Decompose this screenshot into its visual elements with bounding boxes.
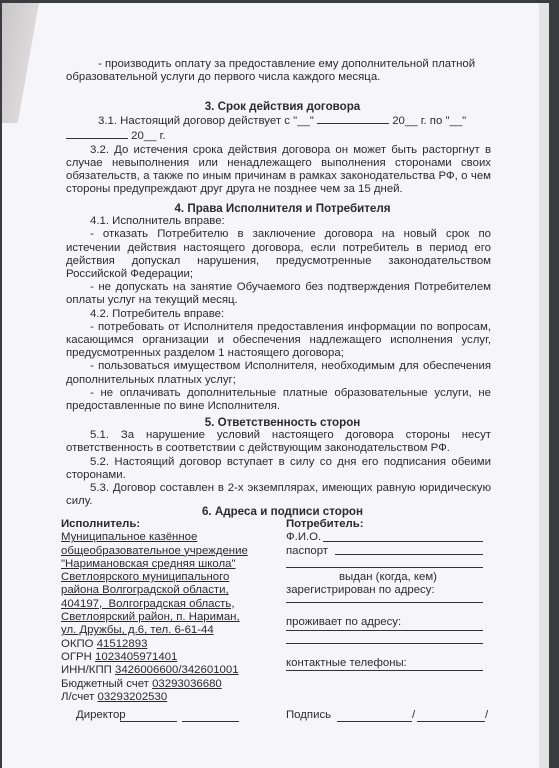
fio-field[interactable]	[323, 541, 483, 542]
registered-label: зарегистрирован по адресу:	[286, 584, 486, 597]
executor-heading: Исполнитель:	[61, 518, 261, 531]
executor-address-line: "Наримановская средняя школа"	[61, 558, 261, 571]
date-blank	[66, 128, 128, 139]
executor-address-line: общеобразовательное учреждение	[61, 545, 261, 558]
inn-row: ИНН/КПП 3426006600/342601001	[61, 664, 261, 677]
section-title: 3. Срок действия договора	[74, 100, 491, 113]
clause-3-1-cont: 20__ г.	[66, 128, 491, 143]
phones-label: контактные телефоны:	[286, 657, 486, 670]
executor-block: Исполнитель: Муниципальное казённое обще…	[61, 518, 261, 704]
ogrn-row: ОГРН 1023405971401	[61, 651, 261, 664]
clause-4-1: 4.1. Исполнитель вправе:	[66, 215, 491, 228]
okpo-label: ОКПО	[61, 638, 94, 650]
passport-field[interactable]	[335, 554, 483, 555]
executor-address-line: Муниципальное казённое	[61, 531, 261, 544]
clause-5-1: 5.1. За нарушение условий настоящего дог…	[66, 429, 491, 455]
section-title: 6. Адреса и подписи сторон	[74, 505, 491, 518]
passport-field-cont[interactable]	[286, 567, 483, 568]
executor-address-line: 404197, Волгоградская область,	[61, 598, 261, 611]
lives-label: проживает по адресу:	[286, 616, 486, 629]
consumer-signature-line[interactable]	[337, 721, 412, 722]
budget-account-label: Бюджетный счет	[61, 678, 149, 690]
date-blank	[317, 113, 389, 124]
executor-address-line: района Волгоградской области,	[61, 584, 261, 597]
clause-5-2: 5.2. Настоящий договор вступает в силу с…	[66, 456, 491, 482]
personal-account-row: Л/счет 03293202530	[61, 691, 261, 704]
lives-address-field-cont[interactable]	[286, 643, 483, 644]
okpo-value: 41512893	[97, 638, 148, 650]
folded-corner	[2, 3, 62, 123]
okpo-row: ОКПО 41512893	[61, 638, 261, 651]
section-title: 5. Ответственность сторон	[74, 416, 491, 429]
signature-label: Подпись	[286, 709, 331, 721]
registered-address-field[interactable]	[286, 602, 483, 603]
clause-4-2: 4.2. Потребитель вправе:	[66, 308, 491, 321]
budget-account-row: Бюджетный счет 03293036680	[61, 678, 261, 691]
director-label: Директор	[76, 709, 126, 721]
budget-account-value: 03293036680	[152, 678, 222, 690]
clause-4-1-a: - отказать Потребителю в заключение дого…	[66, 228, 491, 281]
lives-address-field[interactable]	[286, 630, 483, 631]
consumer-heading: Потребитель:	[286, 518, 486, 531]
passport-label: паспорт	[286, 545, 486, 558]
scanned-page: - производить оплату за предоставление е…	[2, 3, 549, 768]
signature-separator: /	[485, 709, 488, 722]
clause-text: 20__ г. по "__"	[392, 115, 466, 127]
personal-account-label: Л/счет	[61, 691, 94, 703]
clause-text: - производить оплату за предоставление е…	[74, 58, 491, 71]
clause-text: 3.1. Настоящий договор действует с "__"	[98, 115, 314, 127]
director-name-line[interactable]	[182, 721, 239, 722]
issued-label: выдан (когда, кем)	[286, 571, 486, 584]
clause-4-2-a: - потребовать от Исполнителя предоставле…	[66, 321, 491, 361]
inn-label: ИНН/КПП	[61, 664, 112, 676]
personal-account-value: 03293202530	[98, 691, 168, 703]
consumer-name-line[interactable]	[417, 721, 485, 722]
ogrn-label: ОГРН	[61, 651, 92, 663]
executor-address-line: ул. Дружбы, д.6, тел. 6-61-44	[61, 624, 261, 637]
clause-text: 20__ г.	[131, 130, 165, 142]
clause-4-2-c: - не оплачивать дополнительные платные о…	[66, 387, 491, 413]
clause-4-1-b: - не допускать на занятие Обучаемого без…	[66, 281, 491, 307]
director-signature-line[interactable]	[120, 721, 177, 722]
clause-text: образовательной услуги до первого числа …	[66, 71, 491, 84]
scan-edge	[539, 3, 549, 768]
inn-value: 3426006600/342601001	[115, 664, 239, 676]
consumer-signature-row: Подпись	[286, 709, 331, 722]
fio-label: Ф.И.О.	[286, 531, 486, 544]
executor-address-line: Светлоярский район, п. Нариман,	[61, 611, 261, 624]
phones-field[interactable]	[286, 670, 483, 671]
signature-separator: /	[412, 709, 415, 722]
clause-4-2-b: - пользоваться имуществом Исполнителя, н…	[66, 360, 491, 386]
section-title: 4. Права Исполнителя и Потребителя	[74, 202, 491, 215]
ogrn-value: 1023405971401	[95, 651, 177, 663]
executor-address-line: Светлоярского муниципального	[61, 571, 261, 584]
director-signature-row: Директор	[76, 709, 126, 722]
clause-3-2: 3.2. До истечения срока действия договор…	[66, 144, 491, 197]
clause-3-1: 3.1. Настоящий договор действует с "__" …	[74, 113, 491, 128]
